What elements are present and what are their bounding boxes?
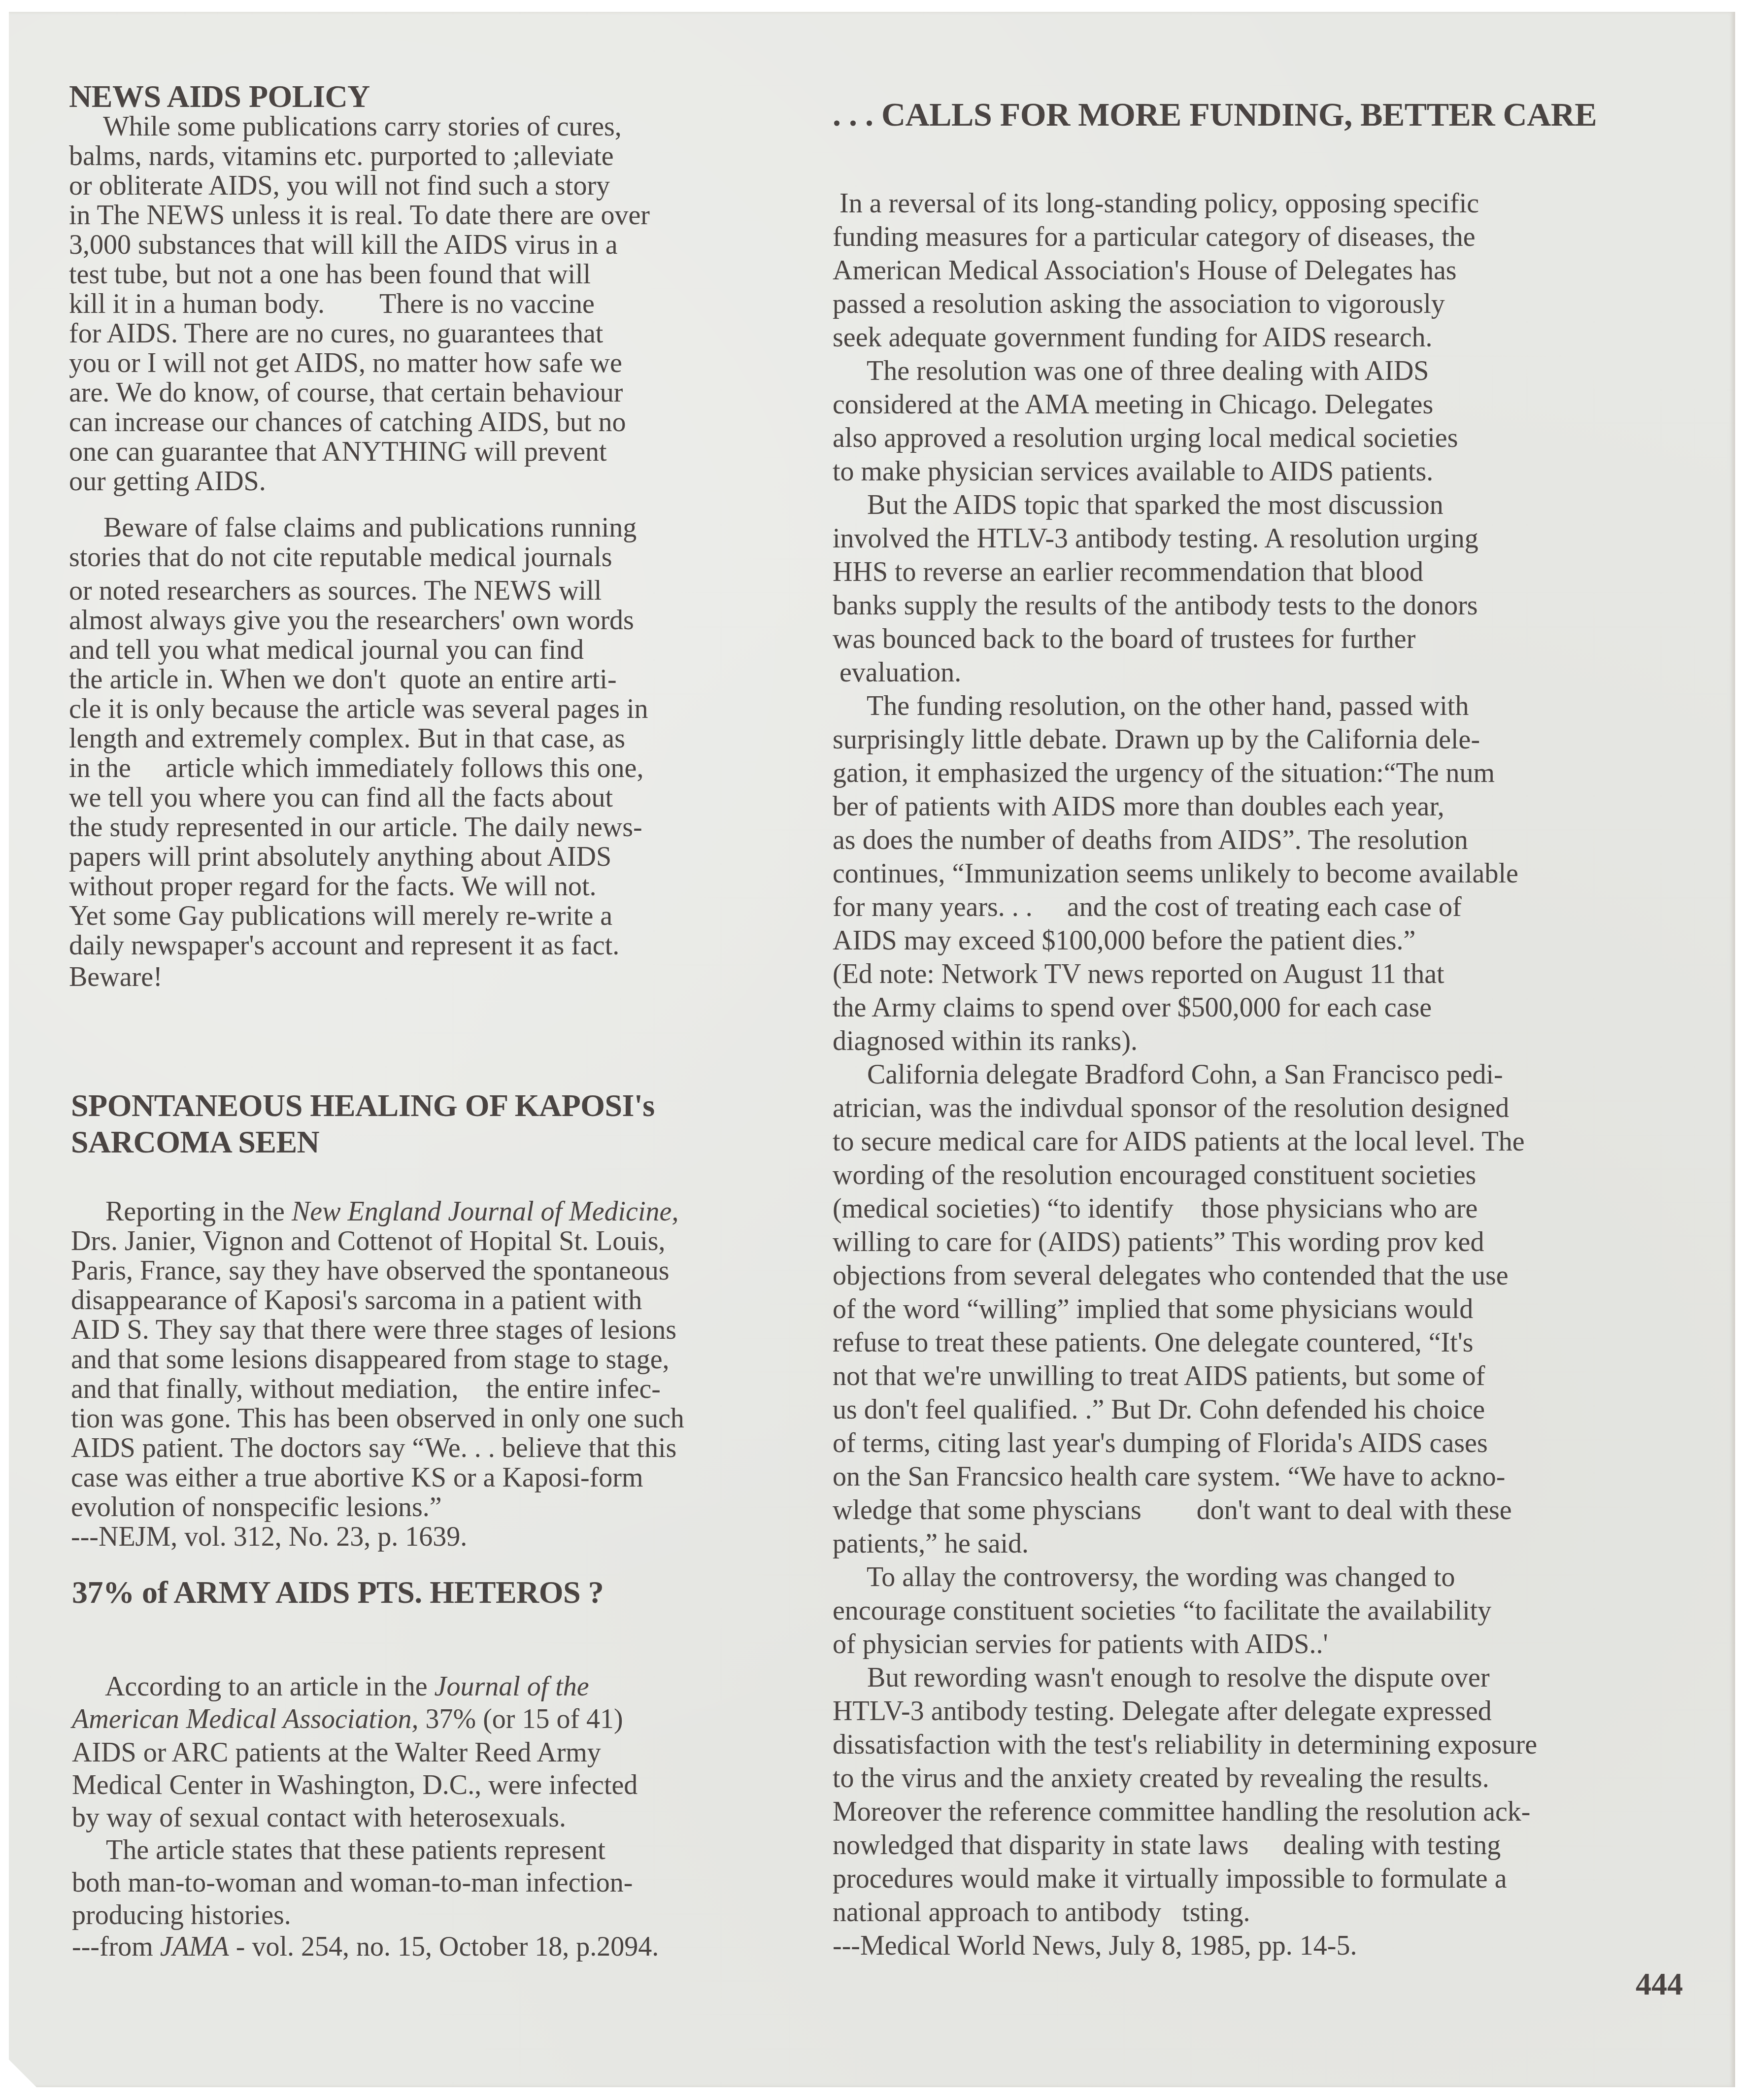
body-line: ---Medical World News, July 8, 1985, pp.… xyxy=(833,1931,1357,1961)
body-line: California delegate Bradford Cohn, a San… xyxy=(833,1059,1503,1090)
body-line: the Army claims to spend over $500,000 f… xyxy=(833,992,1432,1023)
body-line: involved the HTLV-3 antibody testing. A … xyxy=(833,523,1478,554)
body-line: HHS to reverse an earlier recommendation… xyxy=(833,557,1423,587)
body-line: AID S. They say that there were three st… xyxy=(71,1315,676,1345)
body-line: In a reversal of its long-standing polic… xyxy=(833,188,1479,219)
body-line: (Ed note: Network TV news reported on Au… xyxy=(833,959,1444,989)
body-line: wording of the resolution encouraged con… xyxy=(833,1160,1476,1190)
army-citation: ---from JAMA - vol. 254, no. 15, October… xyxy=(72,1931,659,1962)
headline-calls-for-funding: . . . CALLS FOR MORE FUNDING, BETTER CAR… xyxy=(833,97,1597,132)
body-line: procedures would make it virtually impos… xyxy=(833,1863,1507,1894)
body-line: But rewording wasn't enough to resolve t… xyxy=(833,1662,1490,1693)
body-line: not that we're unwilling to treat AIDS p… xyxy=(833,1361,1485,1391)
body-line: To allay the controversy, the wording wa… xyxy=(833,1562,1455,1592)
body-line: The resolution was one of three dealing … xyxy=(833,356,1429,386)
body-line: continues, “Immunization seems unlikely … xyxy=(833,858,1518,889)
body-line: also approved a resolution urging local … xyxy=(833,423,1458,453)
body-line: national approach to antibody tsting. xyxy=(833,1897,1250,1928)
body-line: and that some lesions disappeared from s… xyxy=(71,1344,670,1375)
body-line: kill it in a human body. There is no vac… xyxy=(69,289,595,319)
body-line: we tell you where you can find all the f… xyxy=(69,782,613,813)
body-line: by way of sexual contact with heterosexu… xyxy=(72,1802,566,1833)
body-line: American Medical Association's House of … xyxy=(833,255,1457,286)
body-line: on the San Francsico health care system.… xyxy=(833,1461,1505,1492)
body-line: one can guarantee that ANYTHING will pre… xyxy=(69,437,607,467)
body-line: without proper regard for the facts. We … xyxy=(69,871,597,902)
body-line: for many years. . . and the cost of trea… xyxy=(833,892,1462,922)
body-line: considered at the AMA meeting in Chicago… xyxy=(833,389,1433,420)
body-line: atrician, was the indivdual sponsor of t… xyxy=(833,1093,1509,1123)
body-line: daily newspaper's account and represent … xyxy=(69,930,619,961)
body-line: was bounced back to the board of trustee… xyxy=(833,624,1415,654)
kaposi-first-line: Reporting in the New England Journal of … xyxy=(71,1196,678,1227)
body-line: length and extremely complex. But in tha… xyxy=(69,723,625,754)
body-line: producing histories. xyxy=(72,1900,291,1931)
body-line: both man-to-woman and woman-to-man infec… xyxy=(72,1867,633,1898)
body-line: gation, it emphasized the urgency of the… xyxy=(833,758,1495,788)
body-line: But the AIDS topic that sparked the most… xyxy=(833,490,1443,520)
body-line: or noted researchers as sources. The NEW… xyxy=(69,576,602,606)
folded-corner xyxy=(9,2060,36,2087)
body-line: Yet some Gay publications will merely re… xyxy=(69,901,612,931)
body-line: ---NEJM, vol. 312, No. 23, p. 1639. xyxy=(71,1522,467,1552)
body-line: the article in. When we don't quote an e… xyxy=(69,664,617,695)
body-line: as does the number of deaths from AIDS”.… xyxy=(833,825,1468,855)
body-line: passed a resolution asking the associati… xyxy=(833,289,1445,319)
body-line: AIDS patient. The doctors say “We. . . b… xyxy=(71,1433,676,1463)
body-line: willing to care for (AIDS) patients” Thi… xyxy=(833,1227,1484,1257)
body-line: refuse to treat these patients. One dele… xyxy=(833,1327,1474,1358)
body-line: evolution of nonspecific lesions.” xyxy=(71,1492,442,1523)
army-line-1: According to an article in the Journal o… xyxy=(72,1671,589,1702)
body-line: funding measures for a particular catego… xyxy=(833,222,1476,252)
headline-army-heteros: 37% of ARMY AIDS PTS. HETEROS ? xyxy=(72,1575,604,1610)
army-line-2: American Medical Association, 37% (or 15… xyxy=(72,1704,623,1734)
body-line: of terms, citing last year's dumping of … xyxy=(833,1428,1488,1458)
body-line: Medical Center in Washington, D.C., were… xyxy=(72,1770,638,1800)
body-line: of physician servies for patients with A… xyxy=(833,1629,1328,1660)
body-line: balms, nards, vitamins etc. purported to… xyxy=(69,141,614,171)
body-line: papers will print absolutely anything ab… xyxy=(69,842,611,872)
body-line: Moreover the reference committee handlin… xyxy=(833,1796,1531,1827)
headline-kaposi-line2: SARCOMA SEEN xyxy=(71,1124,319,1160)
body-line: in The NEWS unless it is real. To date t… xyxy=(69,200,650,231)
left-column: NEWS AIDS POLICY While some publications… xyxy=(69,0,818,2100)
body-line: case was either a true abortive KS or a … xyxy=(71,1462,643,1493)
body-line: patients,” he said. xyxy=(833,1528,1029,1559)
body-line: 3,000 substances that will kill the AIDS… xyxy=(69,230,618,260)
body-line: AIDS or ARC patients at the Walter Reed … xyxy=(72,1737,601,1768)
body-line: The article states that these patients r… xyxy=(72,1835,605,1865)
body-line: Paris, France, say they have observed th… xyxy=(71,1255,670,1286)
body-line: dissatisfaction with the test's reliabil… xyxy=(833,1729,1537,1760)
body-line: banks supply the results of the antibody… xyxy=(833,590,1478,621)
body-line: you or I will not get AIDS, no matter ho… xyxy=(69,348,622,378)
headline-kaposi-line1: SPONTANEOUS HEALING OF KAPOSI's xyxy=(71,1088,655,1123)
body-line: While some publications carry stories of… xyxy=(69,111,622,142)
body-line: AIDS may exceed $100,000 before the pati… xyxy=(833,925,1415,956)
body-line: ber of patients with AIDS more than doub… xyxy=(833,791,1444,822)
body-line: test tube, but not a one has been found … xyxy=(69,259,591,290)
body-line: to make physician services available to … xyxy=(833,456,1433,487)
body-line: Beware of false claims and publications … xyxy=(69,512,637,543)
body-line: nowledged that disparity in state laws d… xyxy=(833,1830,1501,1861)
journal-name: New England Journal of Medicine, xyxy=(292,1196,678,1227)
body-line: HTLV-3 antibody testing. Delegate after … xyxy=(833,1696,1492,1727)
body-line: to the virus and the anxiety created by … xyxy=(833,1763,1489,1794)
body-line: and that finally, without mediation, the… xyxy=(71,1374,661,1404)
body-line: wledge that some physcians don't want to… xyxy=(833,1495,1512,1525)
body-line: surprisingly little debate. Drawn up by … xyxy=(833,724,1480,755)
body-line: us don't feel qualified. .” But Dr. Cohn… xyxy=(833,1394,1485,1425)
right-column: . . . CALLS FOR MORE FUNDING, BETTER CAR… xyxy=(833,0,1719,2100)
body-line: almost always give you the researchers' … xyxy=(69,605,634,636)
body-line: Beware! xyxy=(69,962,163,992)
body-line: to secure medical care for AIDS patients… xyxy=(833,1126,1525,1157)
body-line: The funding resolution, on the other han… xyxy=(833,691,1469,721)
body-line: or obliterate AIDS, you will not find su… xyxy=(69,170,610,201)
body-line: tion was gone. This has been observed in… xyxy=(71,1403,684,1434)
body-line: for AIDS. There are no cures, no guarant… xyxy=(69,318,603,349)
body-line: are. We do know, of course, that certain… xyxy=(69,377,623,408)
body-line: Drs. Janier, Vignon and Cottenot of Hopi… xyxy=(71,1226,666,1256)
body-line: (medical societies) “to identify those p… xyxy=(833,1193,1477,1224)
body-line: objections from several delegates who co… xyxy=(833,1260,1509,1291)
body-line: diagnosed within its ranks). xyxy=(833,1026,1138,1056)
headline-news-aids-policy: NEWS AIDS POLICY xyxy=(69,79,370,114)
body-line: disappearance of Kaposi's sarcoma in a p… xyxy=(71,1285,642,1316)
body-line: cle it is only because the article was s… xyxy=(69,694,648,724)
body-line: can increase our chances of catching AID… xyxy=(69,407,626,438)
body-line: seek adequate government funding for AID… xyxy=(833,322,1433,353)
body-line: our getting AIDS. xyxy=(69,466,266,497)
body-line: the study represented in our article. Th… xyxy=(69,812,642,843)
body-line: stories that do not cite reputable medic… xyxy=(69,542,612,573)
body-line: encourage constituent societies “to faci… xyxy=(833,1595,1491,1626)
body-line: of the word “willing” implied that some … xyxy=(833,1294,1473,1324)
body-line: in the article which immediately follows… xyxy=(69,753,643,783)
body-line: and tell you what medical journal you ca… xyxy=(69,635,584,665)
body-line: evaluation. xyxy=(833,657,961,688)
page-number: 444 xyxy=(1636,1966,1683,2002)
